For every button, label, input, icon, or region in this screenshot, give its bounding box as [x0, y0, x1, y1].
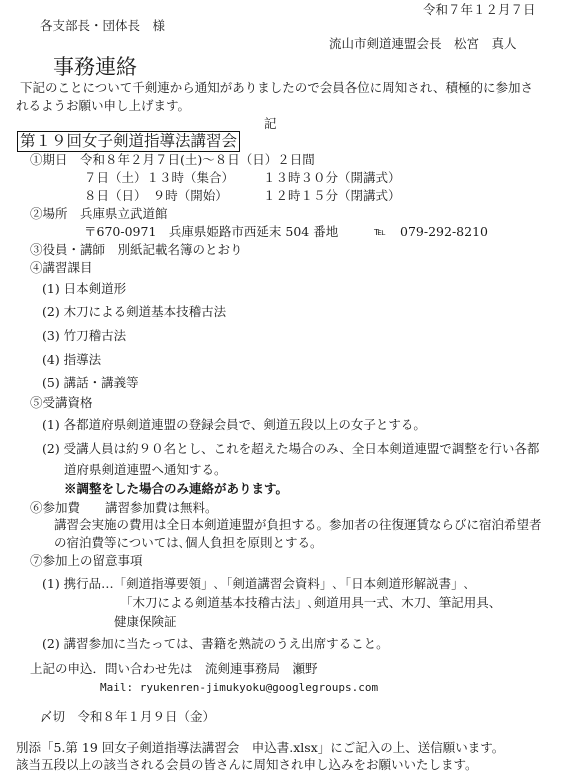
subject-item: (5) 講話・講義等 [42, 375, 139, 391]
qualification-item-1: (1) 各都道府県剣道連盟の登録会員で、剣道五段以上の女子とする。 [42, 417, 426, 433]
notes-item-1: (1) 携行品…「剣道指導要領」､「剣道講習会資料」､「日本剣道形解説書」､ [42, 576, 470, 592]
notes-item-1-cont: 「木刀による剣道基本技稽古法」､剣道用具一式、木刀、筆記用具、 [120, 595, 501, 611]
notes-item-2: (2) 講習参加に当たっては、書籍を熟読のうえ出席すること。 [42, 636, 389, 652]
subject-item: (3) 竹刀稽古法 [42, 328, 126, 344]
qualification-item-2-cont: 道府県剣道連盟へ通知する。 [64, 462, 227, 478]
qualification-note: ※調整をした場合のみ連絡があります。 [64, 481, 288, 497]
day2-closing: １２時１５分（閉講式） [263, 188, 401, 204]
contact-line: 上記の申込．問い合わせ先は 流剣連事務局 瀬野 [30, 661, 318, 677]
staff-line: ③役員・講師 別紙記載名簿のとおり [30, 242, 243, 258]
intro-line-2: れるようお願い申し上げます。 [16, 98, 190, 114]
tel-icon: ℡ [374, 224, 386, 240]
subject-item: (1) 日本剣道形 [42, 281, 126, 297]
deadline: 〆切 令和８年１月９日（金） [40, 709, 215, 725]
qualification-label: ⑤受講資格 [30, 395, 93, 411]
subject-item: (4) 指導法 [42, 352, 101, 368]
event-title-box: 第１９回女子剣道指導法講習会 [17, 131, 240, 152]
day1-opening: １３時３０分（開講式） [263, 170, 401, 186]
footer-line-2: 該当五段以上の該当される会員の皆さんに周知され申し込みをお願いいたします。 [16, 757, 478, 773]
issue-date: 令和７年１２月７日 [423, 2, 536, 18]
day1-assembly: ７日（土）１３時（集合） [84, 170, 234, 186]
day2-start: ８日（日） ９時（開始） [84, 188, 228, 204]
footer-line-1: 別添「5.第 19 回女子剣道指導法講習会 申込書.xlsx」にご記入の上、送信… [16, 740, 504, 756]
contact-email[interactable]: Mail: ryukenren-jimukyoku@googlegroups.c… [100, 680, 378, 696]
subject-item: (2) 木刀による剣道基本技稽古法 [42, 304, 226, 320]
subjects-label: ④講習課目 [30, 260, 93, 276]
qualification-item-2: (2) 受講人員は約９０名とし、これを超えた場合のみ、全日本剣道連盟で調整を行い… [42, 441, 539, 457]
sender: 流山市剣道連盟会長 松宮 真人 [329, 36, 517, 52]
dates-label: ①期日 令和８年２月７日(土)～８日（日）２日間 [30, 152, 315, 168]
page-title: 事務連絡 [53, 54, 137, 80]
fee-line-2: の宿泊費等については､個人負担を原則とする。 [54, 535, 323, 551]
place-tel: 079-292-8210 [400, 224, 488, 240]
fee-label: ⑥参加費 講習参加費は無料。 [30, 500, 218, 516]
notes-label: ⑦参加上の留意事項 [30, 553, 143, 569]
place-address: 〒670-0971 兵庫県姫路市西延末 504 番地 [84, 224, 338, 240]
ki-marker: 記 [264, 116, 277, 132]
intro-line-1: 下記のことについて千剣連から通知がありましたので会員各位に周知され、積極的に参加… [20, 80, 533, 96]
place-label: ②場所 兵庫県立武道館 [30, 206, 168, 222]
addressee: 各支部長・団体長 様 [40, 18, 165, 34]
notes-item-1-cont2: 健康保険証 [114, 614, 177, 630]
fee-line-1: 講習会実施の費用は全日本剣道連盟が負担する。参加者の往復運賃ならびに宿泊希望者 [54, 517, 542, 533]
